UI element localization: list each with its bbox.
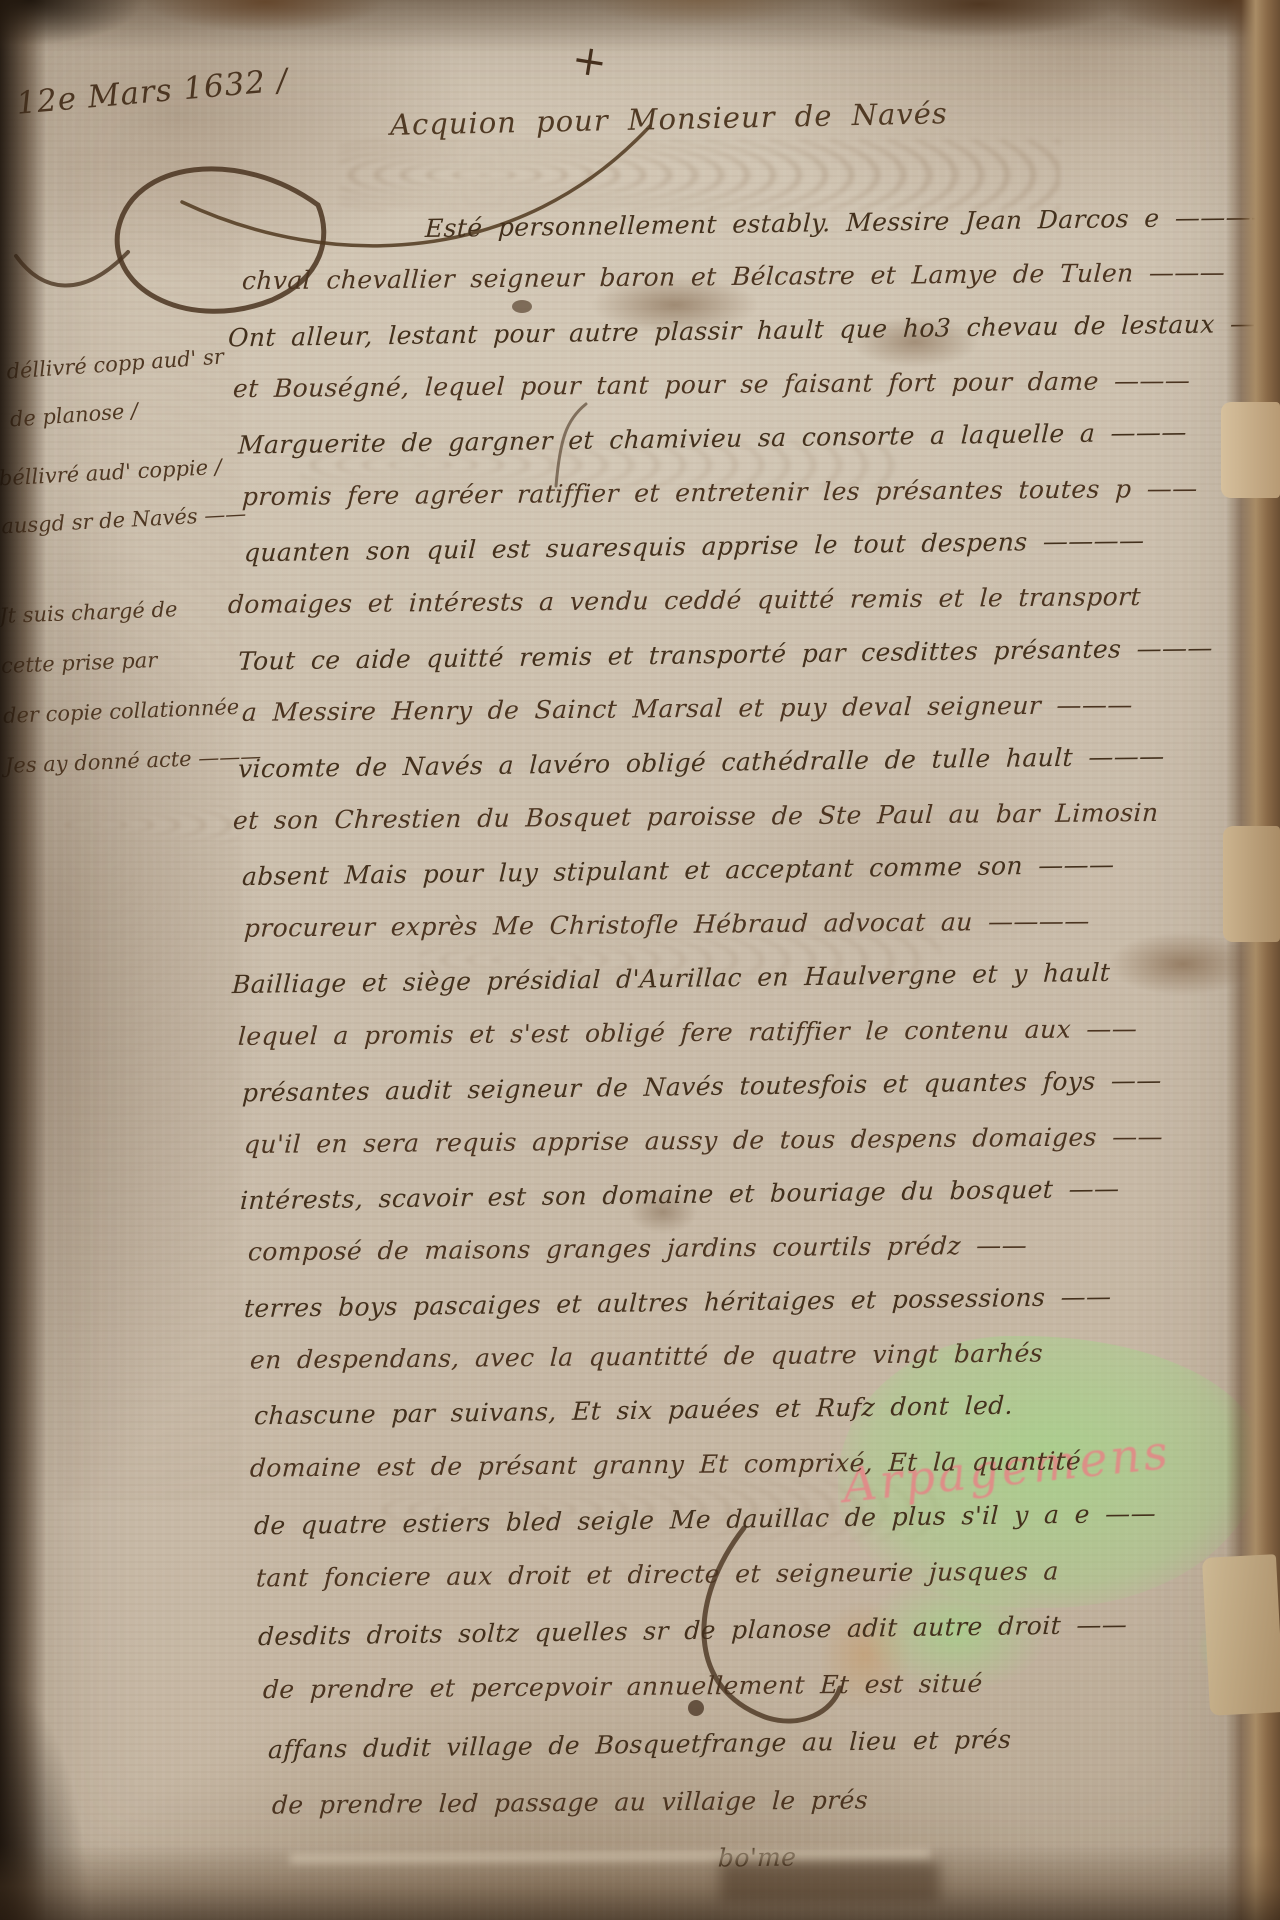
- margin-note: Jt suis chargé decette prise parder copi…: [0, 581, 262, 791]
- margin-note: déllivré copp aud' srde planose /: [5, 333, 229, 444]
- page-edge-tab: [1223, 826, 1280, 942]
- manuscript-line: de prendre led passage au villaige le pr…: [271, 1785, 868, 1819]
- page-edge-tab: [1221, 402, 1280, 498]
- manuscript-line: bo'me: [717, 1842, 797, 1872]
- margin-note: béllivré aud' coppie /ausgd sr de Navés …: [0, 442, 247, 551]
- margin-note-line: Jes ay donné acte ———: [4, 731, 262, 791]
- page-edge-flap: [1202, 1554, 1280, 1716]
- manuscript-photo: Arpagemens 12e Mars 1632 / + Acquion pou…: [0, 0, 1280, 1920]
